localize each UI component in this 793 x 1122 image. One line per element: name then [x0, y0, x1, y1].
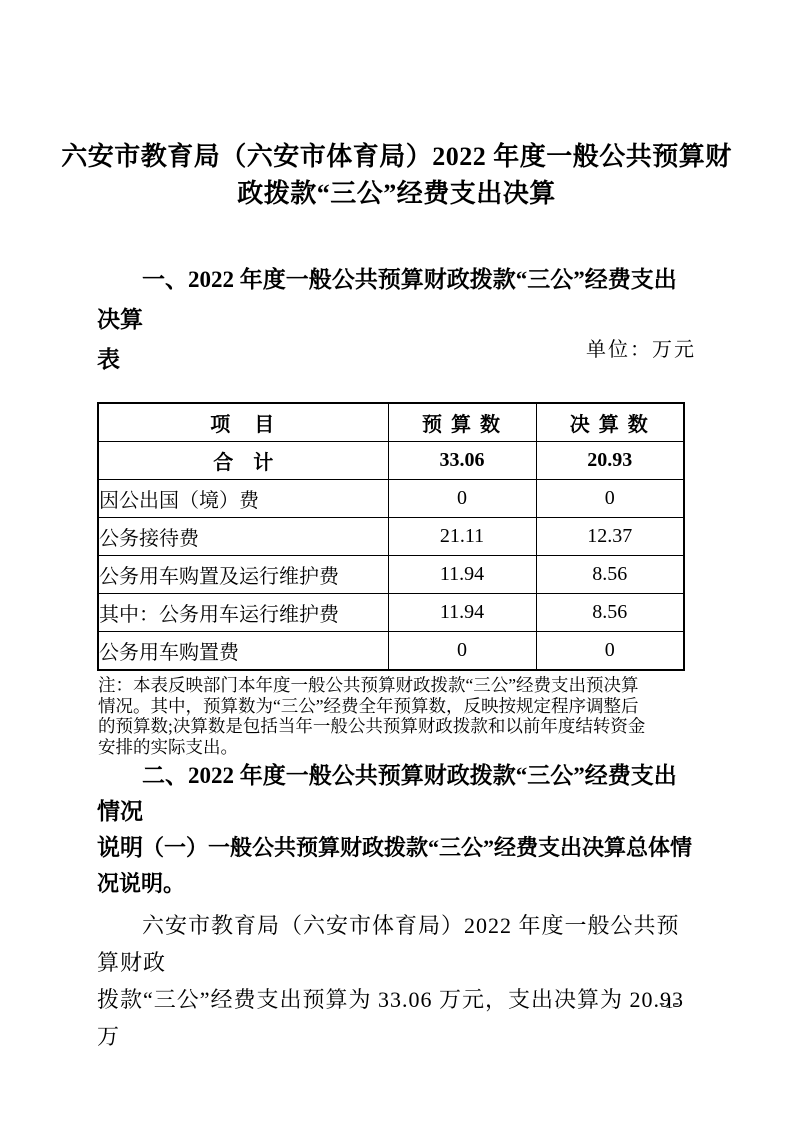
- column-header-item: 项 目: [98, 403, 388, 442]
- table-row: 公务用车购置费 0 0: [98, 632, 684, 671]
- table-row: 公务用车购置及运行维护费 11.94 8.56: [98, 556, 684, 594]
- document-title-line-2: 政拨款“三公”经费支出决算: [0, 175, 793, 212]
- item-cell: 合 计: [98, 442, 388, 480]
- final-cell: 12.37: [536, 518, 684, 556]
- column-header-final: 决 算 数: [536, 403, 684, 442]
- three-public-expense-table: 项 目 预 算 数 决 算 数 合 计 33.06 20.93 因公出国（境）费…: [97, 402, 685, 671]
- table-note: 注：本表反映部门本年度一般公共预算财政拨款“三公”经费支出预决算 情况。其中，预…: [98, 675, 704, 757]
- subsection-1-heading: （一）一般公共预算财政拨款“三公”经费支出决算总体情 况说明。: [97, 830, 698, 902]
- item-cell: 因公出国（境）费: [98, 480, 388, 518]
- budget-cell: 33.06: [388, 442, 536, 480]
- body-paragraph-line-1: 六安市教育局（六安市体育局）2022 年度一般公共预算财政: [97, 907, 698, 981]
- document-title-line-1: 六安市教育局（六安市体育局）2022 年度一般公共预算财: [0, 138, 793, 175]
- body-paragraph: 六安市教育局（六安市体育局）2022 年度一般公共预算财政 拨款“三公”经费支出…: [97, 907, 698, 1055]
- table-header-row: 项 目 预 算 数 决 算 数: [98, 403, 684, 442]
- final-cell: 0: [536, 632, 684, 671]
- budget-cell: 11.94: [388, 556, 536, 594]
- table-row-total: 合 计 33.06 20.93: [98, 442, 684, 480]
- final-cell: 8.56: [536, 594, 684, 632]
- subsection-1-heading-line-1: （一）一般公共预算财政拨款“三公”经费支出决算总体情: [97, 830, 698, 866]
- table-row: 因公出国（境）费 0 0: [98, 480, 684, 518]
- document-page: 六安市教育局（六安市体育局）2022 年度一般公共预算财 政拨款“三公”经费支出…: [0, 0, 793, 1122]
- table-note-line-3: 的预算数;决算数是包括当年一般公共预算财政拨款和以前年度结转资金: [98, 716, 704, 737]
- item-cell: 公务接待费: [98, 518, 388, 556]
- final-cell: 8.56: [536, 556, 684, 594]
- budget-cell: 11.94: [388, 594, 536, 632]
- item-cell: 公务用车购置及运行维护费: [98, 556, 388, 594]
- unit-label: 单位：万元: [586, 337, 696, 363]
- body-paragraph-line-2: 拨款“三公”经费支出预算为 33.06 万元，支出决算为 20.93 万: [97, 981, 698, 1055]
- final-cell: 0: [536, 480, 684, 518]
- budget-cell: 0: [388, 480, 536, 518]
- final-cell: 20.93: [536, 442, 684, 480]
- table-note-line-4: 安排的实际支出。: [98, 737, 704, 758]
- item-cell: 公务用车购置费: [98, 632, 388, 671]
- table-note-line-2: 情况。其中，预算数为“三公”经费全年预算数，反映按规定程序调整后: [98, 696, 704, 717]
- table-row: 其中：公务用车运行维护费 11.94 8.56: [98, 594, 684, 632]
- section-1-heading-line-1: 一、2022 年度一般公共预算财政拨款“三公”经费支出决算: [97, 260, 698, 340]
- subsection-1-heading-line-2: 况说明。: [97, 866, 698, 902]
- table-note-line-1: 注：本表反映部门本年度一般公共预算财政拨款“三公”经费支出预决算: [98, 675, 704, 696]
- budget-cell: 0: [388, 632, 536, 671]
- item-cell: 其中：公务用车运行维护费: [98, 594, 388, 632]
- section-2-heading-line-1: 二、2022 年度一般公共预算财政拨款“三公”经费支出情况: [97, 758, 698, 830]
- page-number: -1-: [659, 993, 679, 1013]
- document-title: 六安市教育局（六安市体育局）2022 年度一般公共预算财 政拨款“三公”经费支出…: [0, 138, 793, 212]
- table-row: 公务接待费 21.11 12.37: [98, 518, 684, 556]
- budget-cell: 21.11: [388, 518, 536, 556]
- column-header-budget: 预 算 数: [388, 403, 536, 442]
